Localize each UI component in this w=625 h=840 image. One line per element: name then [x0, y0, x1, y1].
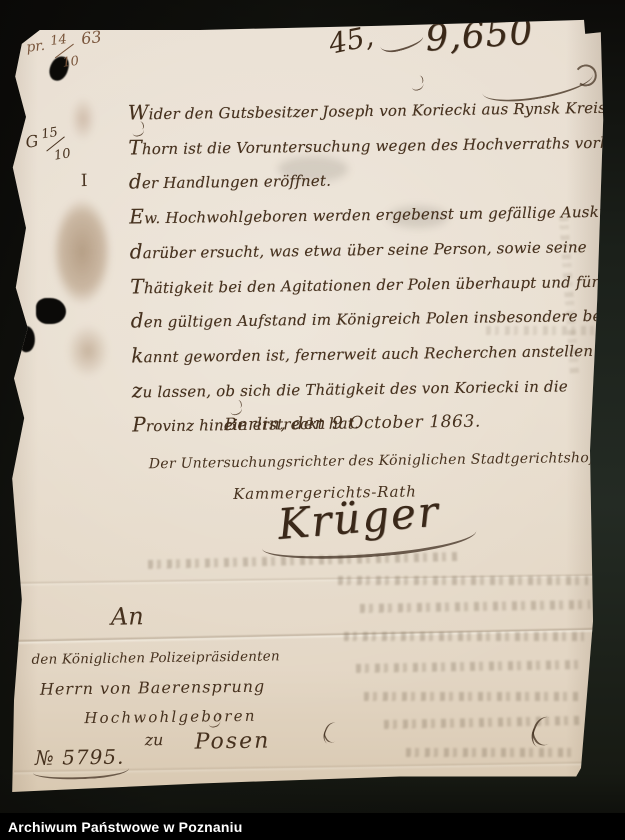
letter-content: pr. 14 10 63 G 15 10 I 45,: [3, 12, 614, 796]
ink-flourish: [379, 31, 425, 55]
ink-paraph: [532, 717, 556, 749]
handwritten-line: zu lassen, ob sich die Thätigkeit des vo…: [132, 367, 610, 408]
folio-number-small: 45,: [326, 19, 376, 60]
handwritten-line: darüber ersucht, was etwa über seine Per…: [130, 229, 608, 270]
document-scan: pr. 14 10 63 G 15 10 I 45,: [8, 16, 608, 792]
archive-photo: pr. 14 10 63 G 15 10 I 45,: [0, 0, 625, 840]
ink-paraph: [324, 722, 341, 745]
abbreviation-mark: [207, 716, 221, 728]
address-honorific: Hochwohlgeboren: [84, 707, 257, 727]
dateline: Berlin, den 9 October 1863.: [224, 412, 481, 436]
registry-prefix: pr.: [25, 38, 45, 56]
body-text: Wider den Gutsbesitzer Joseph von Koriec…: [128, 90, 611, 444]
address-salutation: An: [111, 602, 144, 630]
address-recipient-office: den Königlichen Polizeipräsidenten: [31, 648, 280, 667]
address-recipient-name: Herrn von Baerensprung: [40, 677, 266, 699]
folio-number-large: 9,650: [424, 12, 535, 60]
address-zu: zu: [145, 730, 164, 749]
margin-note: G 15 10: [24, 127, 71, 165]
margin-numeral: I: [81, 171, 88, 191]
archive-caption-bar: Archiwum Państwowe w Poznaniu: [0, 813, 625, 840]
closing-line-office: Der Untersuchungsrichter des Königlichen…: [149, 450, 611, 472]
archive-caption-text: Archiwum Państwowe w Poznaniu: [8, 819, 243, 835]
date-fraction: 15 10: [40, 127, 72, 163]
date-fraction: 14 10: [49, 34, 80, 69]
folio-numbers: 45, 9,650: [328, 12, 535, 66]
handwritten-line: Thorn ist die Voruntersuchung wegen des …: [128, 125, 606, 166]
abbreviation-mark: [411, 79, 425, 91]
paper-hole: [10, 128, 20, 144]
registry-note-top-left: pr. 14 10 63: [25, 31, 104, 72]
margin-prefix: G: [24, 131, 42, 165]
registry-year: 63: [80, 27, 102, 48]
address-city: Posen: [195, 729, 271, 755]
